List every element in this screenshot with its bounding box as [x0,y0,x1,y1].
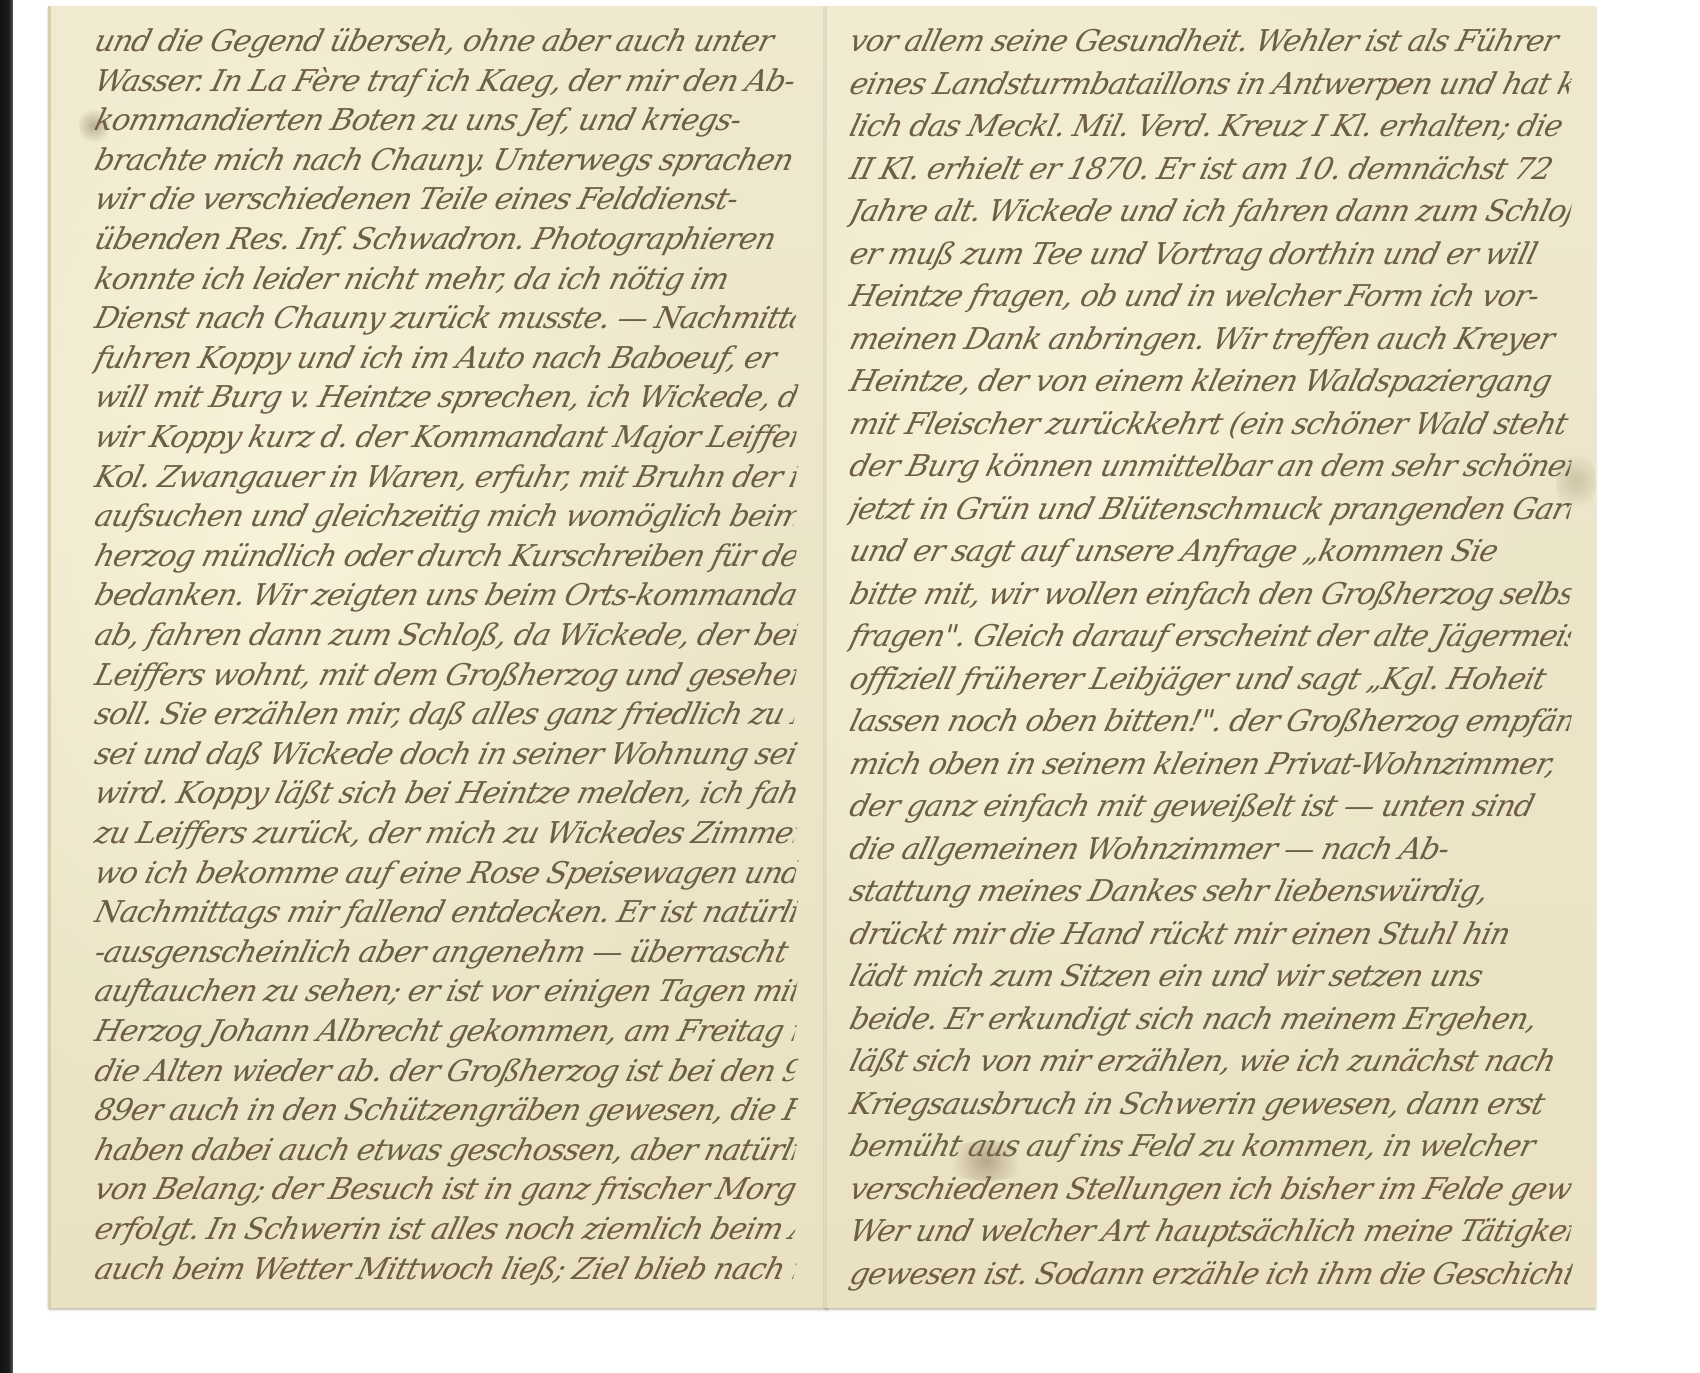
handwritten-line: wird. Koppy läßt sich bei Heintze melden… [91,776,800,811]
handwritten-line: Jahre alt. Wickede und ich fahren dann z… [846,194,1575,229]
handwritten-line: lassen noch oben bitten!". der Großherzo… [846,704,1575,739]
left-page: und die Gegend überseh, ohne aber auch u… [48,6,828,1308]
handwritten-line: lädt mich zum Sitzen ein und wir setzen … [846,959,1575,994]
handwritten-line: und er sagt auf unsere Anfrage „kommen S… [846,534,1575,569]
handwritten-line: Heintze, der von einem kleinen Waldspazi… [846,364,1575,399]
handwritten-line: 89er auch in den Schützengräben gewesen,… [91,1093,800,1128]
edge-stain [1556,446,1596,516]
handwritten-line: der Burg können unmittelbar an dem sehr … [846,449,1575,484]
handwritten-line: Kriegsausbruch in Schwerin gewesen, dann… [846,1087,1575,1122]
handwritten-line: verschiedenen Stellungen ich bisher im F… [846,1172,1575,1207]
handwritten-line: auch beim Wetter Mittwoch ließ; Ziel bli… [91,1252,800,1287]
handwritten-line: jetzt in Grün und Blütenschmuck prangend… [846,492,1575,527]
handwritten-line: Wasser. In La Fère traf ich Kaeg, der mi… [91,64,800,99]
handwritten-line: Dienst nach Chauny zurück musste. — Nach… [91,301,800,336]
handwritten-line: bitte mit, wir wollen einfach den Großhe… [846,577,1575,612]
handwritten-line: die allgemeinen Wohnzimmer — nach Ab- [846,832,1575,867]
handwritten-line: beide. Er erkundigt sich nach meinem Erg… [846,1002,1575,1037]
handwritten-line: herzog mündlich oder durch Kurschreiben … [91,539,800,574]
handwritten-line: meinen Dank anbringen. Wir treffen auch … [846,322,1575,357]
handwritten-line: aufsuchen und gleichzeitig mich womöglic… [91,499,800,534]
handwritten-line: und die Gegend überseh, ohne aber auch u… [91,24,800,59]
left-page-text: und die Gegend überseh, ohne aber auch u… [51,6,828,1308]
handwritten-line: Herzog Johann Albrecht gekommen, am Frei… [91,1014,800,1049]
handwritten-line: fuhren Koppy und ich im Auto nach Baboeu… [91,341,800,376]
handwritten-line: er muß zum Tee und Vortrag dorthin und e… [846,237,1575,272]
handwritten-line: läßt sich von mir erzählen, wie ich zunä… [846,1044,1575,1079]
handwritten-line: Nachmittags mir fallend entdecken. Er is… [91,895,800,930]
handwritten-line: offiziell früherer Leibjäger und sagt „K… [846,662,1575,697]
handwritten-line: wir die verschiedenen Teile eines Felddi… [91,182,800,217]
handwritten-line: -ausgenscheinlich aber angenehm — überra… [91,935,800,970]
center-fold [823,6,827,1308]
handwritten-line: von Belang; der Besuch ist in ganz frisc… [91,1172,800,1207]
handwritten-line: II Kl. erhielt er 1870. Er ist am 10. de… [846,152,1575,187]
handwritten-line: wo ich bekomme auf eine Rose Speisewagen… [91,856,800,891]
handwritten-line: der ganz einfach mit geweißelt ist — unt… [846,789,1575,824]
handwritten-line: konnte ich leider nicht mehr, da ich nöt… [91,262,800,297]
handwritten-line: mich oben in seinem kleinen Privat-Wohnz… [846,747,1575,782]
handwritten-line: lich das Meckl. Mil. Verd. Kreuz I Kl. e… [846,109,1575,144]
right-page-text: vor allem seine Gesundheit. Wehler ist a… [826,6,1596,1308]
handwritten-line: erfolgt. In Schwerin ist alles noch ziem… [91,1212,800,1247]
handwritten-line: zu Leiffers zurück, der mich zu Wickedes… [91,816,800,851]
handwritten-line: stattung meines Dankes sehr liebenswürdi… [846,874,1575,909]
handwritten-line: brachte mich nach Chauny. Unterwegs spra… [91,143,800,178]
handwritten-line: soll. Sie erzählen mir, daß alles ganz f… [91,697,800,732]
handwritten-line: wir Koppy kurz d. der Kommandant Major L… [91,420,800,455]
handwritten-line: Kol. Zwangauer in Waren, erfuhr, mit Bru… [91,460,800,495]
ink-blot [941,1141,1031,1181]
handwritten-line: will mit Burg v. Heintze sprechen, ich W… [91,380,800,415]
handwritten-line: Wer und welcher Art hauptsächlich meine … [846,1214,1575,1249]
handwritten-line: mit Fleischer zurückkehrt (ein schöner W… [846,407,1575,442]
handwritten-line: ab, fahren dann zum Schloß, da Wickede, … [91,618,800,653]
handwritten-line: Heintze fragen, ob und in welcher Form i… [846,279,1575,314]
handwritten-line: drückt mir die Hand rückt mir einen Stuh… [846,917,1575,952]
handwritten-line: haben dabei auch etwas geschossen, aber … [91,1133,800,1168]
handwritten-line: Leiffers wohnt, mit dem Großherzog und g… [91,658,800,693]
handwritten-line: auftauchen zu sehen; er ist vor einigen … [91,974,800,1009]
handwritten-line: bedanken. Wir zeigten uns beim Orts-komm… [91,578,800,613]
paper-stain [79,106,109,146]
scanner-edge-strip [0,0,13,1373]
right-page: vor allem seine Gesundheit. Wehler ist a… [825,6,1596,1308]
handwritten-line: eines Landsturmbataillons in Antwerpen u… [846,67,1575,102]
handwritten-line: fragen". Gleich darauf erscheint der alt… [846,619,1575,654]
handwritten-line: vor allem seine Gesundheit. Wehler ist a… [846,24,1575,59]
handwritten-line: kommandierten Boten zu uns Jef, und krie… [91,103,800,138]
handwritten-line: sei und daß Wickede doch in seiner Wohnu… [91,737,800,772]
handwritten-line: gewesen ist. Sodann erzähle ich ihm die … [846,1257,1575,1292]
handwritten-line: die Alten wieder ab. der Großherzog ist … [91,1054,800,1089]
handwritten-line: übenden Res. Inf. Schwadron. Photographi… [91,222,800,257]
